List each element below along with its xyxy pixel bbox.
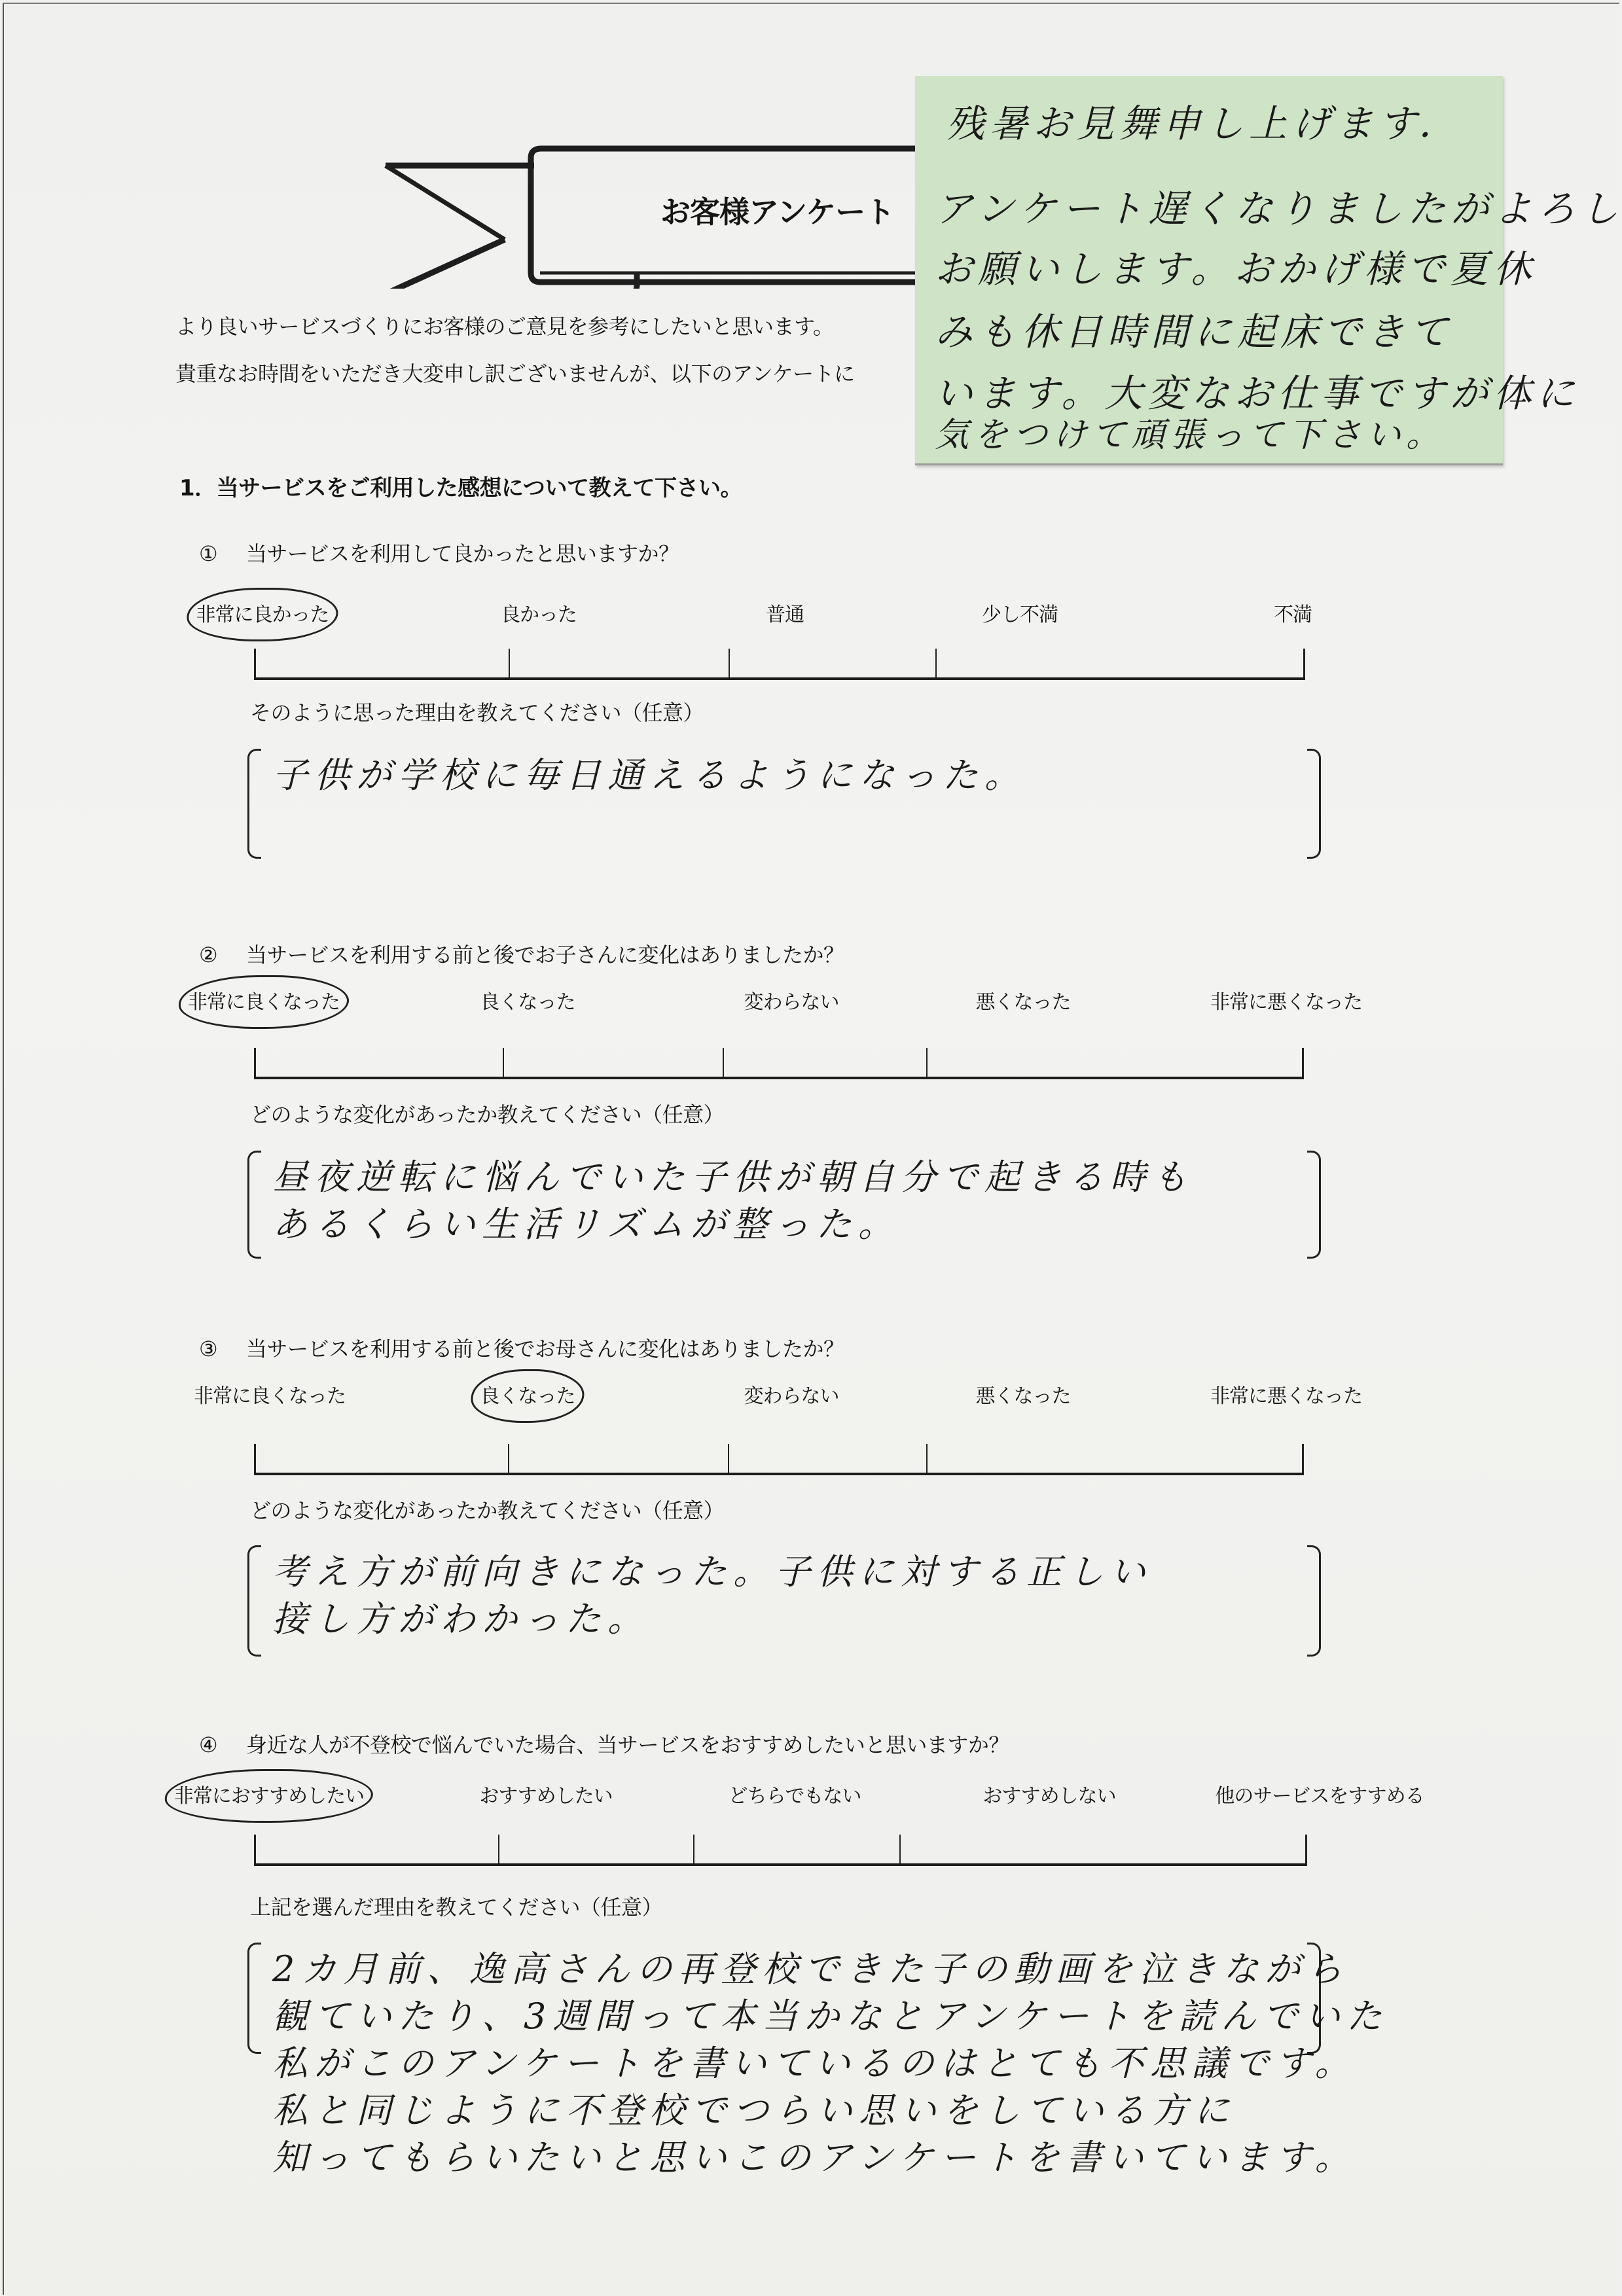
answer-box[interactable]: 子供が学校に毎日通えるようになった。 bbox=[247, 749, 1321, 859]
rating-option[interactable]: 変わらない bbox=[744, 1380, 839, 1408]
rating-option[interactable]: 悪くなった bbox=[976, 1380, 1071, 1408]
scale-tick bbox=[935, 649, 937, 677]
answer-line: 接し方がわかった。 bbox=[272, 1599, 1152, 1640]
bracket-right bbox=[1307, 749, 1321, 859]
rating-option-selected[interactable]: 非常に良かった bbox=[196, 598, 329, 627]
rating-option[interactable]: 非常に悪くなった bbox=[1210, 986, 1362, 1014]
rating-scale bbox=[254, 649, 1305, 680]
scale-tick bbox=[693, 1835, 694, 1863]
rating-option-selected[interactable]: 非常に良くなった bbox=[188, 986, 340, 1014]
rating-scale bbox=[254, 1048, 1304, 1079]
rating-option[interactable]: 悪くなった bbox=[976, 986, 1071, 1014]
rating-option[interactable]: 不満 bbox=[1274, 598, 1312, 627]
rating-option[interactable]: 良かった bbox=[501, 598, 577, 627]
rating-option-selected[interactable]: 良くなった bbox=[480, 1380, 575, 1408]
scale-tick bbox=[728, 1444, 729, 1473]
rating-option[interactable]: 普通 bbox=[766, 598, 804, 627]
question-2: ②当サービスを利用する前と後でお子さんに変化はありましたか？ bbox=[199, 939, 844, 969]
answer-line: 私と同じように不登校でつらい思いをしている方に bbox=[272, 2090, 1388, 2131]
sticky-note: 残暑お見舞申し上げます． アンケート遅くなりましたがよろしく お願いします。おか… bbox=[915, 76, 1503, 465]
scale-tick bbox=[899, 1835, 901, 1863]
answer-box[interactable]: 考え方が前向きになった。子供に対する正しい接し方がわかった。 bbox=[247, 1545, 1321, 1657]
question-number: ④ bbox=[199, 1732, 246, 1757]
answer-prompt: どのような変化があったか教えてください（任意） bbox=[250, 1494, 724, 1524]
answer-line: 2カ月前、逸高さんの再登校できた子の動画を泣きながら bbox=[272, 1949, 1388, 1990]
rating-scale bbox=[254, 1444, 1304, 1475]
scale-tick bbox=[926, 1444, 928, 1473]
answer-box[interactable]: 昼夜逆転に悩んでいた子供が朝自分で起きる時もあるくらい生活リズムが整った。 bbox=[247, 1151, 1321, 1259]
rating-scale bbox=[254, 1835, 1307, 1866]
answer-line: 考え方が前向きになった。子供に対する正しい bbox=[272, 1552, 1152, 1592]
scale-tick bbox=[723, 1048, 724, 1077]
bracket-left bbox=[247, 1545, 261, 1657]
rating-option[interactable]: 非常に悪くなった bbox=[1210, 1380, 1362, 1408]
answer-prompt: そのように思った理由を教えてください（任意） bbox=[250, 696, 704, 726]
scale-tick bbox=[509, 649, 510, 677]
rating-option[interactable]: 非常に良くなった bbox=[194, 1380, 346, 1408]
bracket-left bbox=[247, 1151, 261, 1259]
sticky-line: 気をつけて頑張って下さい。 bbox=[935, 416, 1445, 456]
scale-tick bbox=[729, 649, 730, 677]
rating-option[interactable]: おすすめしたい bbox=[479, 1780, 612, 1808]
bracket-left bbox=[247, 1943, 261, 2054]
answer-line: 私がこのアンケートを書いているのはとても不思議です。 bbox=[272, 2043, 1388, 2084]
answer-prompt: 上記を選んだ理由を教えてください（任意） bbox=[250, 1891, 662, 1921]
rating-option[interactable]: 他のサービスをすすめる bbox=[1215, 1780, 1424, 1808]
intro-line: 貴重なお時間をいただき大変申し訳ございませんが、以下のアンケートに bbox=[175, 357, 855, 387]
question-text: 当サービスを利用する前と後でお母さんに変化はありましたか？ bbox=[246, 1336, 844, 1361]
scale-tick bbox=[508, 1444, 509, 1473]
question-text: 当サービスを利用する前と後でお子さんに変化はありましたか？ bbox=[246, 942, 844, 967]
rating-option[interactable]: 良くなった bbox=[480, 986, 575, 1014]
sticky-line: アンケート遅くなりましたがよろしく bbox=[935, 187, 1622, 231]
question-1: ①当サービスを利用して良かったと思いますか？ bbox=[199, 537, 679, 567]
handwritten-answer: 2カ月前、逸高さんの再登校できた子の動画を泣きながら観ていたり、3週間って本当か… bbox=[272, 1949, 1388, 2185]
rating-option[interactable]: 変わらない bbox=[744, 986, 839, 1014]
handwritten-answer: 昼夜逆転に悩んでいた子供が朝自分で起きる時もあるくらい生活リズムが整った。 bbox=[272, 1157, 1194, 1251]
section-heading: 1．当サービスをご利用した感想について教えて下さい。 bbox=[179, 470, 742, 502]
sticky-line: います。大変なお仕事ですが体に bbox=[935, 372, 1579, 416]
answer-line: 知ってもらいたいと思いこのアンケートを書いています。 bbox=[272, 2138, 1388, 2178]
question-number: ① bbox=[199, 541, 246, 566]
handwritten-answer: 子供が学校に毎日通えるようになった。 bbox=[272, 755, 1026, 802]
rating-option[interactable]: どちらでもない bbox=[729, 1780, 861, 1808]
scale-tick bbox=[503, 1048, 504, 1077]
answer-line: 子供が学校に毎日通えるようになった。 bbox=[272, 755, 1026, 796]
answer-line: あるくらい生活リズムが整った。 bbox=[272, 1204, 1194, 1245]
question-text: 当サービスを利用して良かったと思いますか？ bbox=[246, 541, 679, 566]
question-number: ② bbox=[199, 942, 246, 967]
question-text: 身近な人が不登校で悩んでいた場合、当サービスをおすすめしたいと思いますか？ bbox=[246, 1732, 1009, 1757]
sticky-line: みも休日時間に起床できて bbox=[935, 310, 1453, 354]
question-3: ③当サービスを利用する前と後でお母さんに変化はありましたか？ bbox=[199, 1333, 844, 1363]
scale-tick bbox=[926, 1048, 928, 1077]
rating-option[interactable]: 少し不満 bbox=[982, 598, 1058, 627]
answer-box[interactable]: 2カ月前、逸高さんの再登校できた子の動画を泣きながら観ていたり、3週間って本当か… bbox=[247, 1943, 1321, 2054]
intro-line: より良いサービスづくりにお客様のご意見を参考にしたいと思います。 bbox=[175, 310, 833, 340]
answer-line: 昼夜逆転に悩んでいた子供が朝自分で起きる時も bbox=[272, 1157, 1194, 1198]
bracket-left bbox=[247, 749, 261, 859]
answer-line: 観ていたり、3週間って本当かなとアンケートを読んでいた bbox=[272, 1996, 1388, 2037]
sticky-line: お願いします。おかげ様で夏休 bbox=[935, 247, 1536, 291]
bracket-right bbox=[1307, 1545, 1321, 1657]
question-number: ③ bbox=[199, 1336, 246, 1361]
bracket-right bbox=[1307, 1151, 1321, 1259]
question-4: ④身近な人が不登校で悩んでいた場合、当サービスをおすすめしたいと思いますか？ bbox=[199, 1729, 1009, 1759]
rating-option[interactable]: おすすめしない bbox=[982, 1780, 1115, 1808]
page-title: お客様アンケート bbox=[660, 188, 894, 232]
survey-page: お客様アンケート より良いサービスづくりにお客様のご意見を参考にしたいと思います… bbox=[3, 3, 1619, 2295]
handwritten-answer: 考え方が前向きになった。子供に対する正しい接し方がわかった。 bbox=[272, 1552, 1152, 1646]
rating-option-selected[interactable]: 非常におすすめしたい bbox=[174, 1780, 364, 1808]
sticky-line: 残暑お見舞申し上げます． bbox=[946, 102, 1462, 146]
scale-tick bbox=[498, 1835, 499, 1863]
answer-prompt: どのような変化があったか教えてください（任意） bbox=[250, 1098, 724, 1128]
